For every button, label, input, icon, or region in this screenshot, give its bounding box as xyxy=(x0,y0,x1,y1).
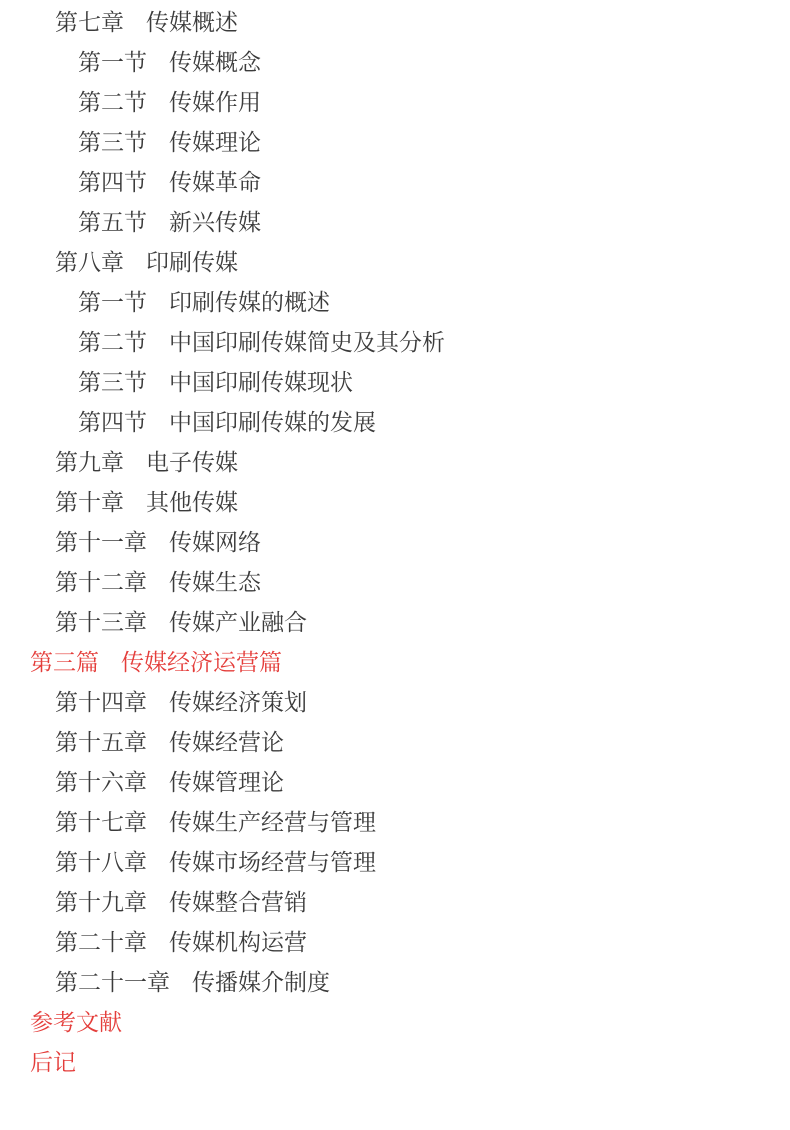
toc-entry-chapter[interactable]: 第十章其他传媒 xyxy=(0,482,790,522)
toc-entry-part[interactable]: 参考文献 xyxy=(0,1002,790,1042)
toc-entry-label: 第十章 xyxy=(55,482,124,522)
toc-entry-label: 参考文献 xyxy=(30,1002,122,1042)
toc-entry-title: 传媒经营论 xyxy=(169,722,284,762)
toc-entry-section[interactable]: 第四节中国印刷传媒的发展 xyxy=(0,402,790,442)
toc-entry-part[interactable]: 第三篇传媒经济运营篇 xyxy=(0,642,790,682)
toc-entry-label: 第十一章 xyxy=(55,522,147,562)
toc-entry-chapter[interactable]: 第二十一章传播媒介制度 xyxy=(0,962,790,1002)
toc-entry-label: 第九章 xyxy=(55,442,124,482)
toc-entry-section[interactable]: 第二节中国印刷传媒简史及其分析 xyxy=(0,322,790,362)
toc-entry-label: 第十九章 xyxy=(55,882,147,922)
toc-entry-title: 新兴传媒 xyxy=(169,202,261,242)
toc-entry-title: 传媒机构运营 xyxy=(169,922,307,962)
toc-entry-title: 中国印刷传媒的发展 xyxy=(169,402,376,442)
toc-entry-title: 传媒经济策划 xyxy=(169,682,307,722)
toc-entry-title: 传媒概念 xyxy=(169,42,261,82)
toc-entry-chapter[interactable]: 第八章印刷传媒 xyxy=(0,242,790,282)
toc-entry-label: 第二十一章 xyxy=(55,962,170,1002)
toc-entry-label: 第三节 xyxy=(78,362,147,402)
toc-entry-chapter[interactable]: 第十三章传媒产业融合 xyxy=(0,602,790,642)
toc-entry-label: 第一节 xyxy=(78,282,147,322)
toc-entry-title: 传媒管理论 xyxy=(169,762,284,802)
toc-entry-chapter[interactable]: 第十六章传媒管理论 xyxy=(0,762,790,802)
toc-entry-label: 第三节 xyxy=(78,122,147,162)
toc-entry-section[interactable]: 第四节传媒革命 xyxy=(0,162,790,202)
toc-entry-title: 传媒网络 xyxy=(169,522,261,562)
toc-entry-section[interactable]: 第一节传媒概念 xyxy=(0,42,790,82)
toc-entry-section[interactable]: 第二节传媒作用 xyxy=(0,82,790,122)
toc-entry-title: 印刷传媒 xyxy=(146,242,238,282)
toc-entry-label: 第七章 xyxy=(55,2,124,42)
toc-entry-label: 第二节 xyxy=(78,322,147,362)
toc-entry-chapter[interactable]: 第十九章传媒整合营销 xyxy=(0,882,790,922)
toc-entry-title: 传媒生产经营与管理 xyxy=(169,802,376,842)
toc-entry-label: 第十四章 xyxy=(55,682,147,722)
toc-entry-section[interactable]: 第一节印刷传媒的概述 xyxy=(0,282,790,322)
toc-entry-title: 传播媒介制度 xyxy=(192,962,330,1002)
toc-entry-label: 第八章 xyxy=(55,242,124,282)
toc-entry-label: 第十三章 xyxy=(55,602,147,642)
toc-entry-title: 传媒经济运营篇 xyxy=(121,642,282,682)
toc-entry-label: 第二节 xyxy=(78,82,147,122)
toc-entry-title: 中国印刷传媒现状 xyxy=(169,362,353,402)
toc-entry-section[interactable]: 第三节中国印刷传媒现状 xyxy=(0,362,790,402)
toc-entry-section[interactable]: 第三节传媒理论 xyxy=(0,122,790,162)
toc-entry-title: 传媒作用 xyxy=(169,82,261,122)
toc-entry-title: 电子传媒 xyxy=(146,442,238,482)
toc-entry-chapter[interactable]: 第十五章传媒经营论 xyxy=(0,722,790,762)
table-of-contents: 第七章传媒概述 第一节传媒概念 第二节传媒作用 第三节传媒理论 第四节传媒革命 … xyxy=(0,0,790,1082)
toc-entry-title: 中国印刷传媒简史及其分析 xyxy=(169,322,445,362)
toc-entry-label: 第十五章 xyxy=(55,722,147,762)
toc-entry-title: 传媒生态 xyxy=(169,562,261,602)
toc-entry-label: 第十八章 xyxy=(55,842,147,882)
toc-entry-chapter[interactable]: 第十一章传媒网络 xyxy=(0,522,790,562)
toc-entry-title: 印刷传媒的概述 xyxy=(169,282,330,322)
toc-entry-chapter[interactable]: 第二十章传媒机构运营 xyxy=(0,922,790,962)
toc-entry-title: 传媒市场经营与管理 xyxy=(169,842,376,882)
toc-entry-title: 传媒理论 xyxy=(169,122,261,162)
toc-entry-title: 其他传媒 xyxy=(146,482,238,522)
toc-entry-title: 传媒概述 xyxy=(146,2,238,42)
toc-entry-label: 第三篇 xyxy=(30,642,99,682)
toc-entry-chapter[interactable]: 第十四章传媒经济策划 xyxy=(0,682,790,722)
toc-entry-label: 第一节 xyxy=(78,42,147,82)
toc-entry-chapter[interactable]: 第七章传媒概述 xyxy=(0,2,790,42)
toc-entry-part[interactable]: 后记 xyxy=(0,1042,790,1082)
toc-entry-title: 传媒整合营销 xyxy=(169,882,307,922)
toc-entry-label: 第四节 xyxy=(78,162,147,202)
toc-entry-label: 第十七章 xyxy=(55,802,147,842)
toc-entry-section[interactable]: 第五节新兴传媒 xyxy=(0,202,790,242)
toc-entry-label: 第五节 xyxy=(78,202,147,242)
toc-entry-chapter[interactable]: 第十七章传媒生产经营与管理 xyxy=(0,802,790,842)
toc-entry-label: 第十六章 xyxy=(55,762,147,802)
toc-entry-title: 传媒革命 xyxy=(169,162,261,202)
toc-entry-chapter[interactable]: 第十二章传媒生态 xyxy=(0,562,790,602)
toc-entry-chapter[interactable]: 第十八章传媒市场经营与管理 xyxy=(0,842,790,882)
toc-entry-chapter[interactable]: 第九章电子传媒 xyxy=(0,442,790,482)
toc-entry-label: 第十二章 xyxy=(55,562,147,602)
toc-entry-label: 第二十章 xyxy=(55,922,147,962)
toc-entry-label: 后记 xyxy=(30,1042,76,1082)
toc-entry-label: 第四节 xyxy=(78,402,147,442)
toc-entry-title: 传媒产业融合 xyxy=(169,602,307,642)
